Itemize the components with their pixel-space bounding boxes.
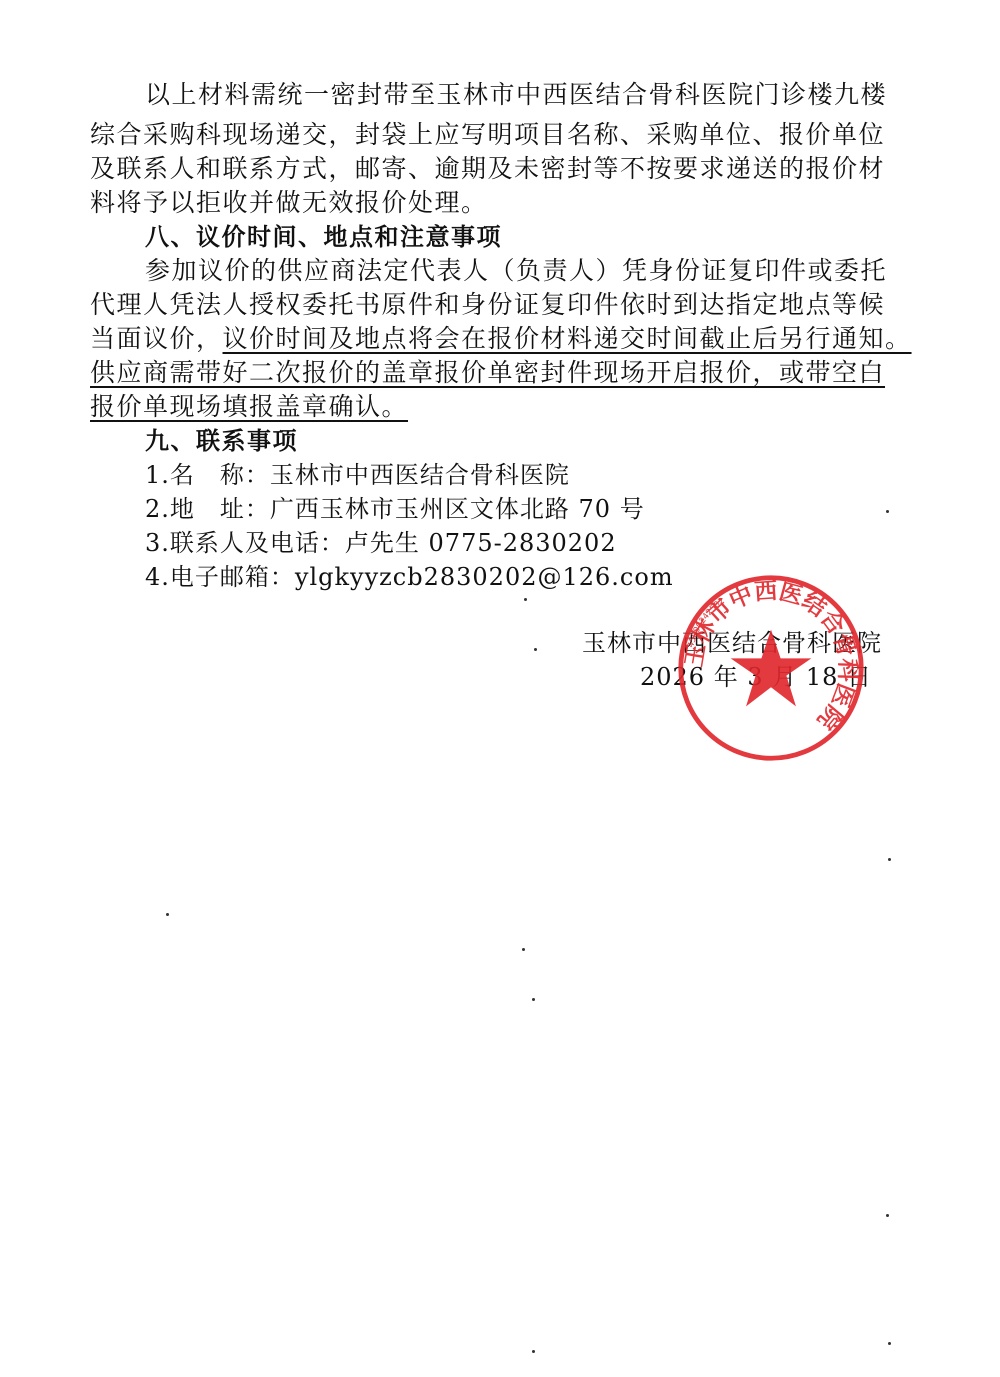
section-heading-9: 九、联系事项 — [145, 424, 298, 458]
star-icon — [731, 630, 812, 707]
document-page: 以上材料需统一密封带至玉林市中西医结合骨科医院门诊楼九楼 综合采购科现场递交，封… — [0, 0, 1000, 1377]
paragraph-line: 及联系人和联系方式，邮寄、逾期及未密封等不按要求递送的报价材 — [90, 152, 885, 186]
underlined-text: 报价单现场填报盖章确认。 — [90, 392, 408, 421]
paragraph-line: 参加议价的供应商法定代表人（负责人）凭身份证复印件或委托 — [145, 254, 887, 288]
contact-email: 4.电子邮箱：ylgkyyzcb2830202@126.com — [145, 560, 674, 594]
contact-name: 1.名 称：玉林市中西医结合骨科医院 — [145, 458, 570, 492]
section-heading-8: 八、议价时间、地点和注意事项 — [145, 220, 502, 254]
plain-text: 当面议价， — [90, 324, 223, 353]
paragraph-line: 料将予以拒收并做无效报价处理。 — [90, 186, 488, 220]
paragraph-line: 综合采购科现场递交，封袋上应写明项目名称、采购单位、报价单位 — [90, 118, 885, 152]
paragraph-line: 报价单现场填报盖章确认。 — [90, 390, 408, 424]
underlined-text: 供应商需带好二次报价的盖章报价单密封件现场开启报价，或带空白 — [90, 358, 885, 387]
paragraph-line: 当面议价，议价时间及地点将会在报价材料递交时间截止后另行通知。 — [90, 322, 912, 356]
paragraph-line: 供应商需带好二次报价的盖章报价单密封件现场开启报价，或带空白 — [90, 356, 885, 390]
official-seal-stamp: 玉林市中西医结合骨科医院 45090242502 — [675, 572, 867, 764]
contact-address: 2.地 址：广西玉林市玉州区文体北路 70 号 — [145, 492, 645, 526]
contact-phone: 3.联系人及电话：卢先生 0775-2830202 — [145, 526, 617, 560]
underlined-text: 议价时间及地点将会在报价材料递交时间截止后另行通知。 — [223, 324, 912, 353]
paragraph-line: 以上材料需统一密封带至玉林市中西医结合骨科医院门诊楼九楼 — [145, 78, 887, 112]
paragraph-line: 代理人凭法人授权委托书原件和身份证复印件依时到达指定地点等候 — [90, 288, 885, 322]
